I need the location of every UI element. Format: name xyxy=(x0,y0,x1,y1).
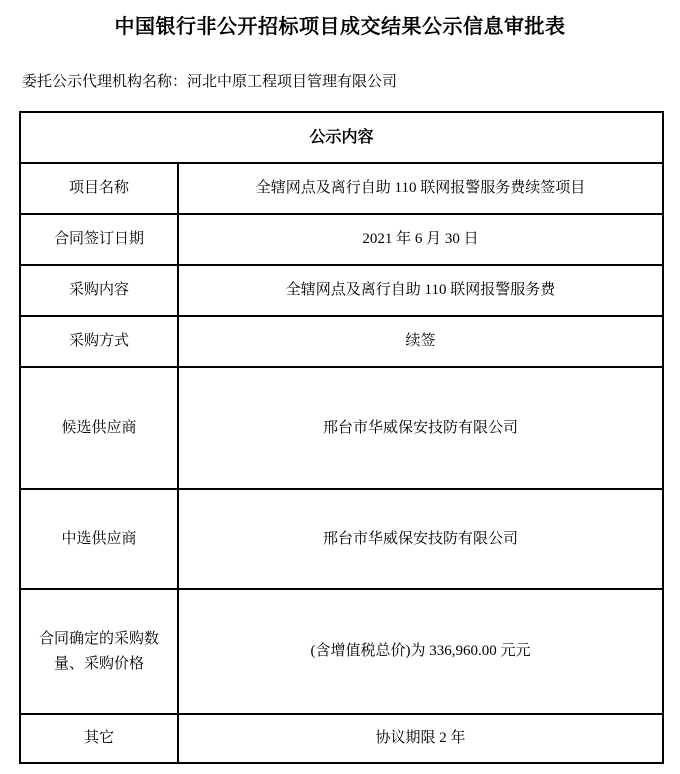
table-row: 采购方式 续签 xyxy=(20,316,663,367)
row-label: 候选供应商 xyxy=(20,367,178,489)
table-row: 中选供应商 邢台市华威保安技防有限公司 xyxy=(20,489,663,589)
row-label: 中选供应商 xyxy=(20,489,178,589)
row-value: (含增值税总价)为 336,960.00 元元 xyxy=(178,589,663,714)
table-header: 公示内容 xyxy=(20,112,663,163)
row-label: 项目名称 xyxy=(20,163,178,214)
row-label: 采购内容 xyxy=(20,265,178,316)
approval-table: 公示内容 项目名称 全辖网点及离行自助 110 联网报警服务费续签项目 合同签订… xyxy=(19,111,664,764)
agency-line: 委托公示代理机构名称：河北中原工程项目管理有限公司 xyxy=(22,74,680,90)
row-value: 2021 年 6 月 30 日 xyxy=(178,214,663,265)
row-value: 全辖网点及离行自助 110 联网报警服务费续签项目 xyxy=(178,163,663,214)
row-value: 邢台市华威保安技防有限公司 xyxy=(178,489,663,589)
row-label: 采购方式 xyxy=(20,316,178,367)
table-row: 项目名称 全辖网点及离行自助 110 联网报警服务费续签项目 xyxy=(20,163,663,214)
table-row: 合同确定的采购数量、采购价格 (含增值税总价)为 336,960.00 元元 xyxy=(20,589,663,714)
table-row: 其它 协议期限 2 年 xyxy=(20,714,663,763)
row-label: 合同签订日期 xyxy=(20,214,178,265)
table-row: 候选供应商 邢台市华威保安技防有限公司 xyxy=(20,367,663,489)
row-value: 续签 xyxy=(178,316,663,367)
agency-label: 委托公示代理机构名称： xyxy=(22,74,187,90)
row-value: 邢台市华威保安技防有限公司 xyxy=(178,367,663,489)
row-label: 合同确定的采购数量、采购价格 xyxy=(20,589,178,714)
document-page: { "page": { "title": "中国银行非公开招标项目成交结果公示信… xyxy=(0,0,680,774)
table-header-row: 公示内容 xyxy=(20,112,663,163)
agency-name: 河北中原工程项目管理有限公司 xyxy=(187,74,397,90)
table-row: 合同签订日期 2021 年 6 月 30 日 xyxy=(20,214,663,265)
row-label: 其它 xyxy=(20,714,178,763)
page-title: 中国银行非公开招标项目成交结果公示信息审批表 xyxy=(0,14,680,40)
row-value: 协议期限 2 年 xyxy=(178,714,663,763)
row-value: 全辖网点及离行自助 110 联网报警服务费 xyxy=(178,265,663,316)
table-row: 采购内容 全辖网点及离行自助 110 联网报警服务费 xyxy=(20,265,663,316)
